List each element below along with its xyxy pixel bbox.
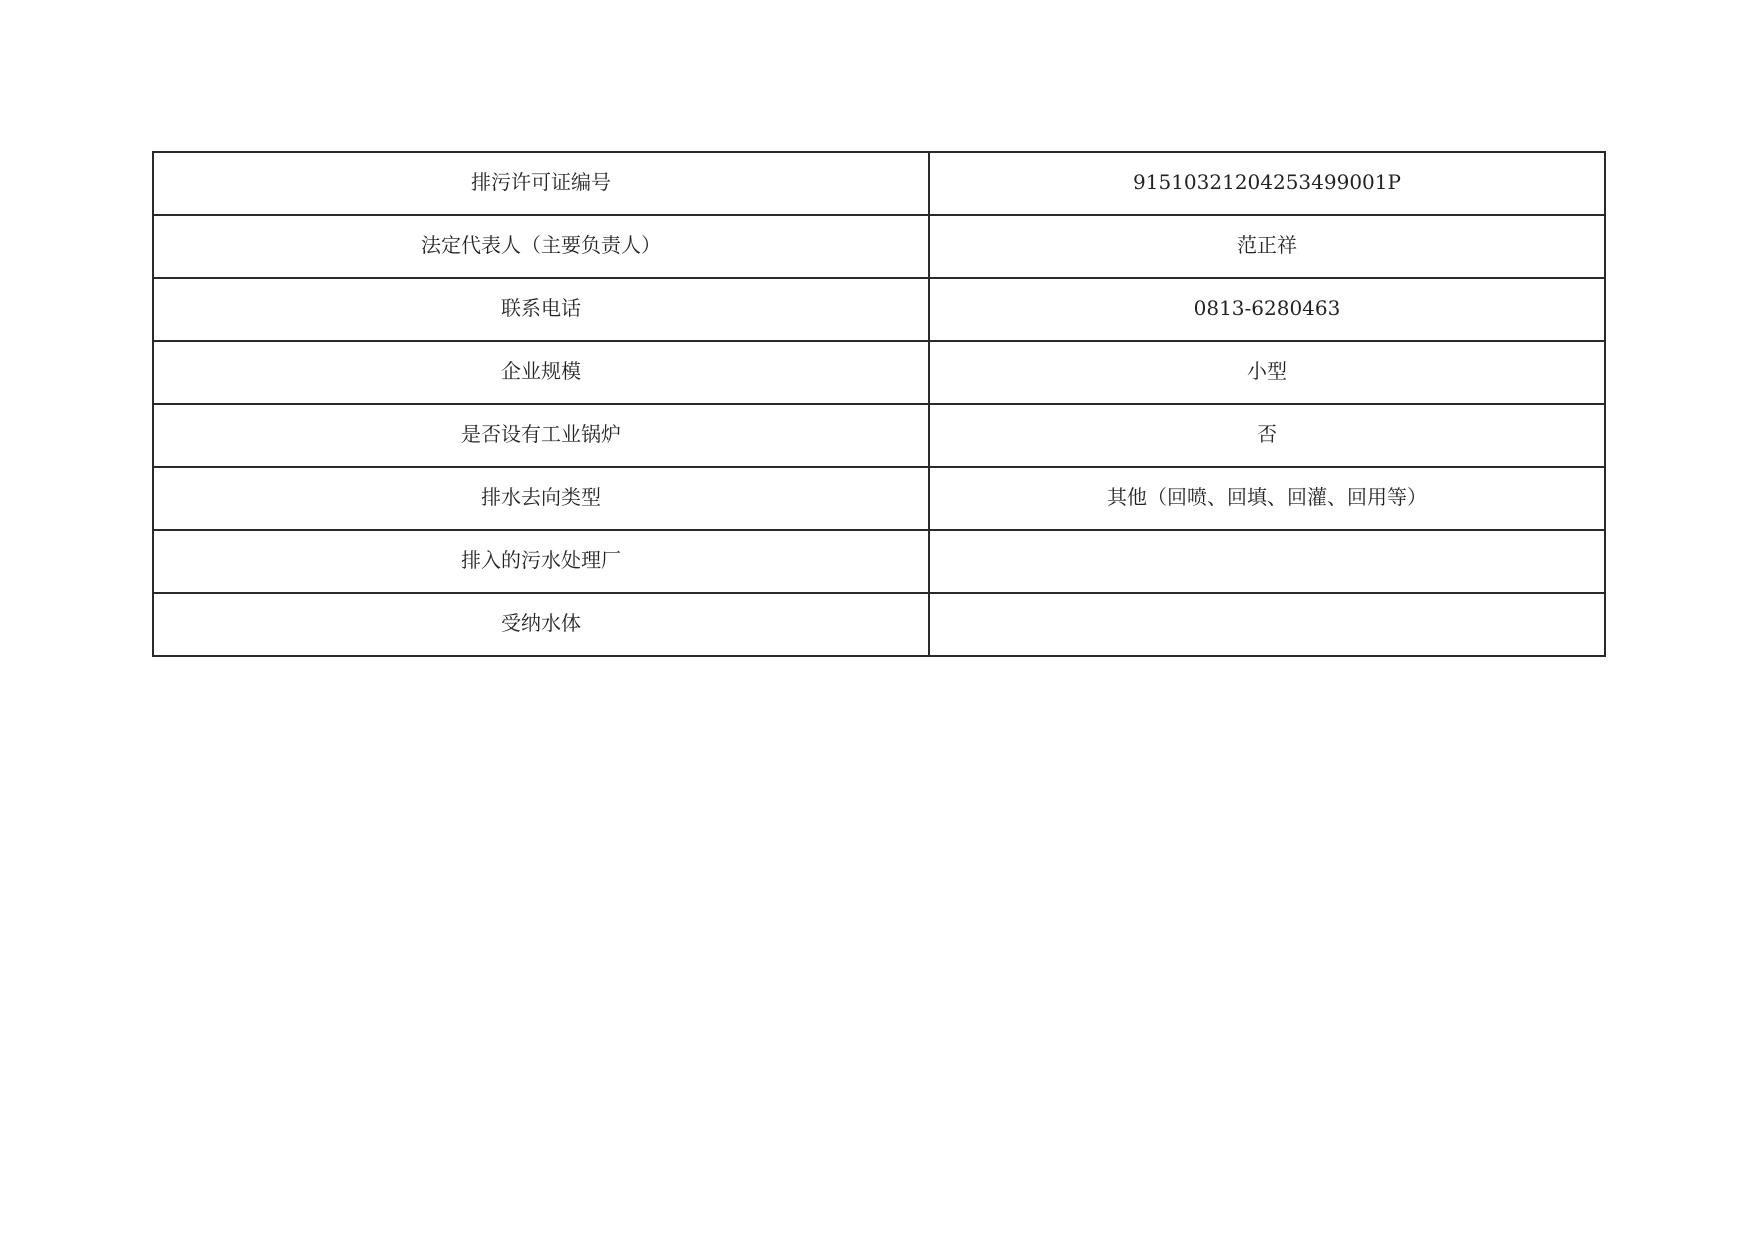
contact-phone-label: 联系电话 <box>501 298 581 318</box>
value-cell <box>929 593 1605 656</box>
label-cell: 受纳水体 <box>153 593 929 656</box>
label-cell: 企业规模 <box>153 341 929 404</box>
value-cell: 其他（回喷、回填、回灌、回用等） <box>929 467 1605 530</box>
enterprise-scale-label: 企业规模 <box>501 361 581 381</box>
value-cell: 0813-6280463 <box>929 278 1605 341</box>
label-cell: 法定代表人（主要负责人） <box>153 215 929 278</box>
table-row-enterprise-scale: 企业规模 小型 <box>153 341 1605 404</box>
table-row-legal-representative: 法定代表人（主要负责人） 范正祥 <box>153 215 1605 278</box>
legal-representative-value: 范正祥 <box>1237 235 1297 255</box>
label-cell: 排水去向类型 <box>153 467 929 530</box>
permit-number-value: 91510321204253499001P <box>1133 172 1401 192</box>
contact-phone-value: 0813-6280463 <box>1194 298 1341 318</box>
table-row-contact-phone: 联系电话 0813-6280463 <box>153 278 1605 341</box>
receiving-water-label: 受纳水体 <box>501 613 581 633</box>
value-cell: 小型 <box>929 341 1605 404</box>
label-cell: 联系电话 <box>153 278 929 341</box>
table-row-permit-number: 排污许可证编号 91510321204253499001P <box>153 152 1605 215</box>
label-cell: 排污许可证编号 <box>153 152 929 215</box>
label-cell: 排入的污水处理厂 <box>153 530 929 593</box>
drainage-type-label: 排水去向类型 <box>481 487 601 507</box>
legal-representative-label: 法定代表人（主要负责人） <box>421 235 661 255</box>
table-row-receiving-water: 受纳水体 <box>153 593 1605 656</box>
industrial-boiler-value: 否 <box>1257 424 1277 444</box>
value-cell: 范正祥 <box>929 215 1605 278</box>
drainage-type-value: 其他（回喷、回填、回灌、回用等） <box>1107 487 1427 507</box>
label-cell: 是否设有工业锅炉 <box>153 404 929 467</box>
value-cell: 否 <box>929 404 1605 467</box>
permit-number-label: 排污许可证编号 <box>471 172 611 192</box>
enterprise-scale-value: 小型 <box>1247 361 1287 381</box>
sewage-plant-label: 排入的污水处理厂 <box>461 550 621 570</box>
value-cell: 91510321204253499001P <box>929 152 1605 215</box>
table-row-drainage-type: 排水去向类型 其他（回喷、回填、回灌、回用等） <box>153 467 1605 530</box>
permit-info-table: 排污许可证编号 91510321204253499001P 法定代表人（主要负责… <box>152 151 1606 657</box>
value-cell <box>929 530 1605 593</box>
table-row-industrial-boiler: 是否设有工业锅炉 否 <box>153 404 1605 467</box>
industrial-boiler-label: 是否设有工业锅炉 <box>461 424 621 444</box>
table-row-sewage-plant: 排入的污水处理厂 <box>153 530 1605 593</box>
